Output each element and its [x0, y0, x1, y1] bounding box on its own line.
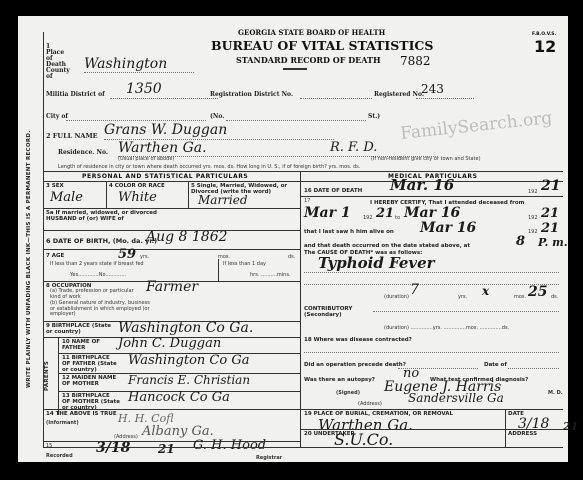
birth-value: Aug 8 1862	[146, 229, 228, 245]
sex-value: Male	[50, 190, 83, 205]
duration-label: (duration)	[384, 294, 409, 300]
militia-label: Militia District of	[46, 91, 105, 98]
side-instruction: WRITE PLAINLY WITH UNFADING BLACK INK—TH…	[26, 130, 32, 388]
operation-label: Did an operation precede death?	[304, 362, 406, 368]
full-name-label: 2 FULL NAME	[46, 132, 98, 140]
registered-no-value: 243	[421, 82, 444, 96]
death-date-label: 16 DATE OF DEATH	[304, 188, 362, 194]
street-no-label: (No.	[210, 113, 224, 120]
attended-from: Mar 1	[304, 205, 351, 221]
father-birthplace-value: Washington Co Ga	[128, 353, 249, 368]
personal-section-title: PERSONAL AND STATISTICAL PARTICULARS	[82, 173, 248, 180]
full-name-value: Grans W. Duggan	[104, 122, 227, 138]
length-of-residence: Length of residence in city or town wher…	[58, 164, 360, 170]
hrs-mins: hrs. ..........mins.	[250, 272, 291, 278]
sex-label: 3 SEX	[46, 183, 64, 189]
less-than-day-label: If less than 1 day	[223, 261, 266, 267]
place-of-death-label: 1 Place of Death County of	[46, 44, 68, 80]
recorded-label: Recorded	[46, 453, 73, 459]
rfd-value: R. F. D.	[330, 140, 377, 155]
undertaker-address-label: ADDRESS	[508, 431, 537, 437]
burial-year-value: 21	[563, 420, 578, 433]
birthplace-label: 9 BIRTHPLACE (State or country)	[46, 323, 116, 335]
last-saw-year: 21	[541, 221, 559, 236]
breastfed-label: If less than 2 years state if breast fed	[50, 261, 144, 267]
informant-address-value: Albany Ga.	[142, 424, 214, 439]
county-value: Washington	[84, 56, 167, 72]
md-label: M. D.	[548, 390, 563, 396]
father-name-value: John C. Duggan	[118, 336, 221, 351]
last-saw-label: that I last saw h him alive on	[304, 229, 394, 235]
death-time-value: 8	[516, 234, 525, 249]
registered-no-label: Registered No.	[374, 91, 424, 98]
death-date-value: Mar. 16	[390, 176, 454, 194]
mother-name-value: Francis E. Christian	[128, 373, 250, 387]
death-occurred-label: and that death occurred on the date stat…	[304, 243, 470, 249]
recorded-date: 3/18	[96, 440, 130, 456]
attended-from-year: 21	[376, 206, 394, 221]
contracted-label: 18 Where was disease contracted?	[304, 337, 412, 343]
mother-name-label: 12 MAIDEN NAME OF MOTHER	[62, 375, 120, 387]
duration-yrs-value: 7	[410, 282, 419, 298]
mother-birthplace-value: Hancock Co Ga	[128, 390, 230, 405]
birthplace-value: Washington Co Ga.	[118, 320, 253, 336]
recorded-year: 21	[158, 442, 175, 456]
residence-label: Residence. No.	[58, 149, 108, 156]
record-title: STANDARD RECORD OF DEATH	[236, 55, 381, 65]
board-title: GEORGIA STATE BOARD OF HEALTH	[238, 28, 385, 37]
occupation-a-label: (a) Trade, profession or particular kind…	[50, 289, 140, 300]
age-years-value: 59	[118, 247, 136, 262]
cause-value: Typhoid Fever	[318, 254, 435, 272]
father-birthplace-label: 11 BIRTHPLACE OF FATHER (State or countr…	[62, 355, 120, 373]
city-label: City of	[46, 113, 68, 120]
registration-district-label: Registration District No.	[210, 91, 293, 98]
contributory-label: CONTRIBUTORY (Secondary)	[304, 306, 364, 318]
death-certificate: WRITE PLAINLY WITH UNFADING BLACK INK—TH…	[18, 16, 568, 462]
certificate-number: 7882	[400, 54, 431, 68]
registrar-label: Registrar	[256, 455, 282, 461]
autopsy-label: Was there an autopsy?	[304, 377, 375, 383]
informant-title: 14 THE ABOVE IS TRUE	[46, 411, 117, 417]
physician-address-value: Sandersville Ga	[408, 391, 504, 405]
color-value: White	[118, 190, 157, 205]
physician-address-label: (Address)	[358, 401, 382, 407]
bureau-title: BUREAU OF VITAL STATISTICS	[211, 38, 433, 53]
usual-place-note: (Usual place of abode)	[118, 156, 174, 162]
column-divider	[300, 171, 301, 447]
duration-ds-value: 25	[528, 284, 547, 300]
informant-label: (Informant)	[46, 420, 79, 426]
street-label: St.)	[368, 113, 380, 120]
death-time-pm: P. m.	[538, 236, 568, 249]
registrar-signature: G. H. Hood	[193, 438, 266, 453]
duration2-label: (duration) ..............yrs. ..........…	[384, 325, 509, 331]
color-label: 4 COLOR OR RACE	[109, 183, 165, 189]
occupation-b-label: (b) General nature of industry, business…	[50, 301, 150, 318]
marital-value: Married	[198, 193, 248, 207]
breastfed-yes-no: Yes.............No.............	[70, 272, 126, 278]
occupation-value: Farmer	[146, 279, 198, 295]
parents-label: PARENTS	[44, 361, 50, 391]
form-number: 12	[534, 37, 556, 56]
death-year-value: 21	[541, 178, 560, 194]
date-of-label: Date of	[484, 362, 507, 368]
residence-value: Warthen Ga.	[118, 140, 207, 156]
attended-to: Mar 16	[404, 205, 460, 221]
duration-mos-value: x	[482, 284, 489, 298]
attended-to-year: 21	[541, 206, 559, 221]
militia-value: 1350	[126, 81, 162, 97]
birth-label: 6 DATE OF BIRTH, (Mo. da. yr.)	[46, 237, 157, 245]
last-saw-value: Mar 16	[420, 220, 476, 236]
age-label: 7 AGE	[46, 253, 64, 259]
nonresident-note: (If non-resident give city or town and S…	[371, 156, 481, 162]
signed-label: (Signed)	[336, 390, 360, 396]
father-name-label: 10 NAME OF FATHER	[62, 339, 110, 351]
title-rule	[283, 68, 307, 70]
spouse-label: 5a If married, widowed, or divorced HUSB…	[46, 210, 176, 222]
